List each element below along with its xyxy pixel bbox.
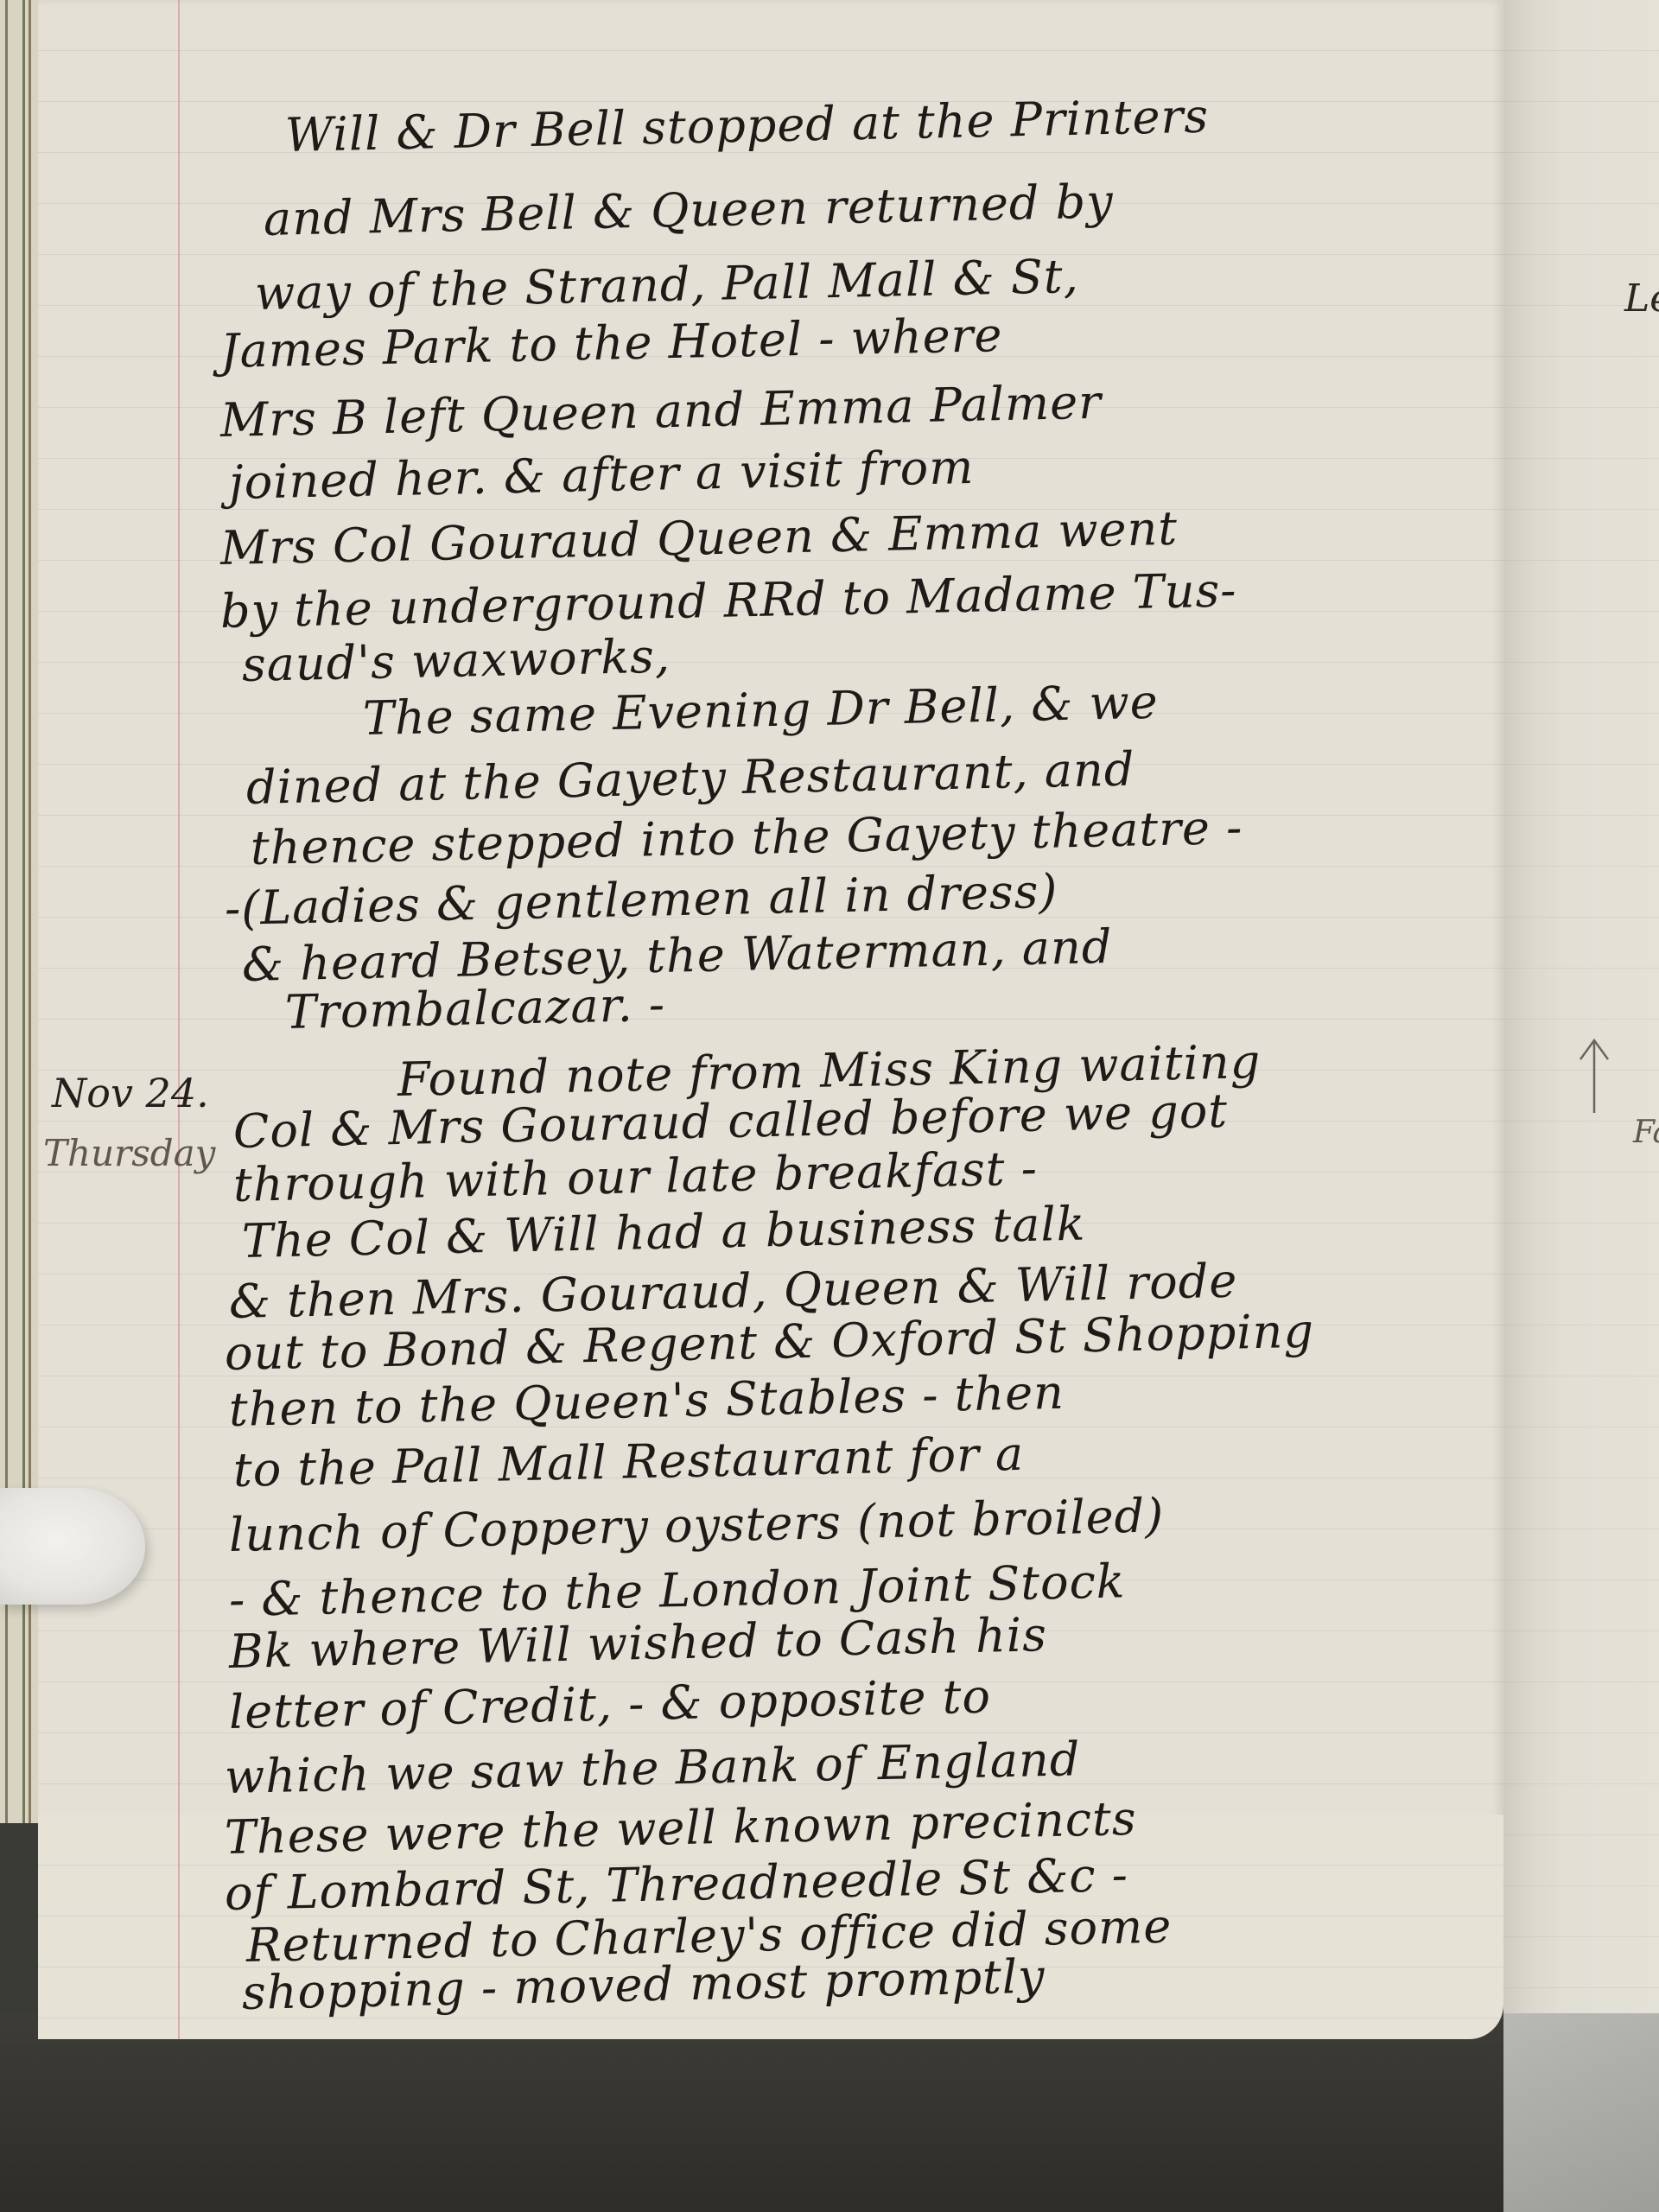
handwritten-line: Trombalcazar. - [284,977,665,1039]
pencil-up-arrow-icon [1577,1037,1611,1115]
white-glove [0,1488,145,1605]
tissue-paper [1503,2013,1659,2212]
margin-date: Nov 24. [52,1070,209,1116]
handwritten-line: saud's waxworks, [241,629,671,692]
margin-weekday: Thursday [43,1132,215,1174]
margin-rule [178,0,180,2039]
manuscript-photo: Le Fa Nov 24. Thursday Will & Dr Bell st… [0,0,1659,2212]
facing-page-text: Le [1624,276,1659,321]
facing-page-text: Fa [1633,1115,1659,1150]
table-background [0,2013,1659,2212]
